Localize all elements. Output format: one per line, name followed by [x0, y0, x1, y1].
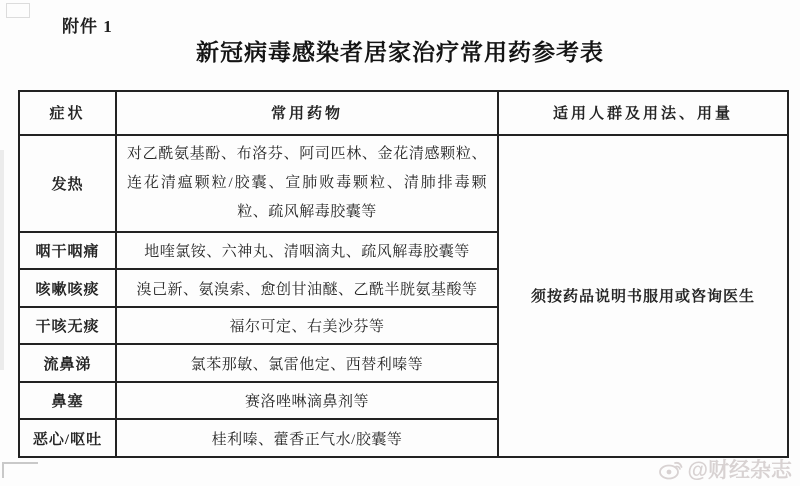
watermark-text: @财经杂志 — [688, 454, 792, 484]
header-common-drugs: 常用药物 — [116, 91, 498, 135]
table-row: 发热 对乙酰氨基酚、布洛芬、阿司匹林、金花清感颗粒、连花清瘟颗粒/胶囊、宣肺败毒… — [19, 135, 788, 232]
symptom-dry-cough: 干咳无痰 — [19, 307, 116, 345]
symptom-nausea: 恶心/呕吐 — [19, 419, 116, 457]
meds-runny-nose: 氯苯那敏、氯雷他定、西替利嗪等 — [116, 344, 498, 382]
symptom-runny-nose: 流鼻涕 — [19, 344, 116, 382]
weibo-icon — [658, 457, 685, 481]
meds-nasal-congestion: 赛洛唑啉滴鼻剂等 — [116, 382, 498, 420]
header-symptom: 症状 — [19, 91, 116, 135]
symptom-nasal-congestion: 鼻塞 — [19, 382, 116, 420]
meds-dry-cough: 福尔可定、右美沙芬等 — [116, 307, 498, 345]
scan-artifact-top-left — [6, 3, 30, 18]
usage-note-cell: 须按药品说明书服用或咨询医生 — [498, 135, 788, 457]
header-usage: 适用人群及用法、用量 — [498, 91, 788, 135]
page-title: 新冠病毒感染者居家治疗常用药参考表 — [0, 34, 800, 67]
medication-reference-table: 症状 常用药物 适用人群及用法、用量 发热 对乙酰氨基酚、布洛芬、阿司匹林、金花… — [18, 90, 789, 458]
document-page: 附件 1 新冠病毒感染者居家治疗常用药参考表 症状 常用药物 适用人群及用法、用… — [0, 0, 800, 486]
scan-artifact-bottom-left — [2, 462, 38, 478]
meds-sore-throat: 地喹氯铵、六神丸、清咽滴丸、疏风解毒胶囊等 — [116, 232, 498, 270]
meds-cough-phlegm: 溴己新、氨溴索、愈创甘油醚、乙酰半胱氨基酸等 — [116, 269, 498, 307]
table-header-row: 症状 常用药物 适用人群及用法、用量 — [19, 91, 788, 135]
watermark: @财经杂志 — [658, 454, 792, 484]
symptom-sore-throat: 咽干咽痛 — [19, 232, 116, 270]
symptom-fever: 发热 — [19, 135, 116, 232]
meds-nausea: 桂利嗪、藿香正气水/胶囊等 — [116, 419, 498, 457]
symptom-cough-phlegm: 咳嗽咳痰 — [19, 269, 116, 307]
meds-fever: 对乙酰氨基酚、布洛芬、阿司匹林、金花清感颗粒、连花清瘟颗粒/胶囊、宣肺败毒颗粒、… — [116, 135, 498, 232]
scan-artifact-left-edge — [0, 150, 4, 370]
